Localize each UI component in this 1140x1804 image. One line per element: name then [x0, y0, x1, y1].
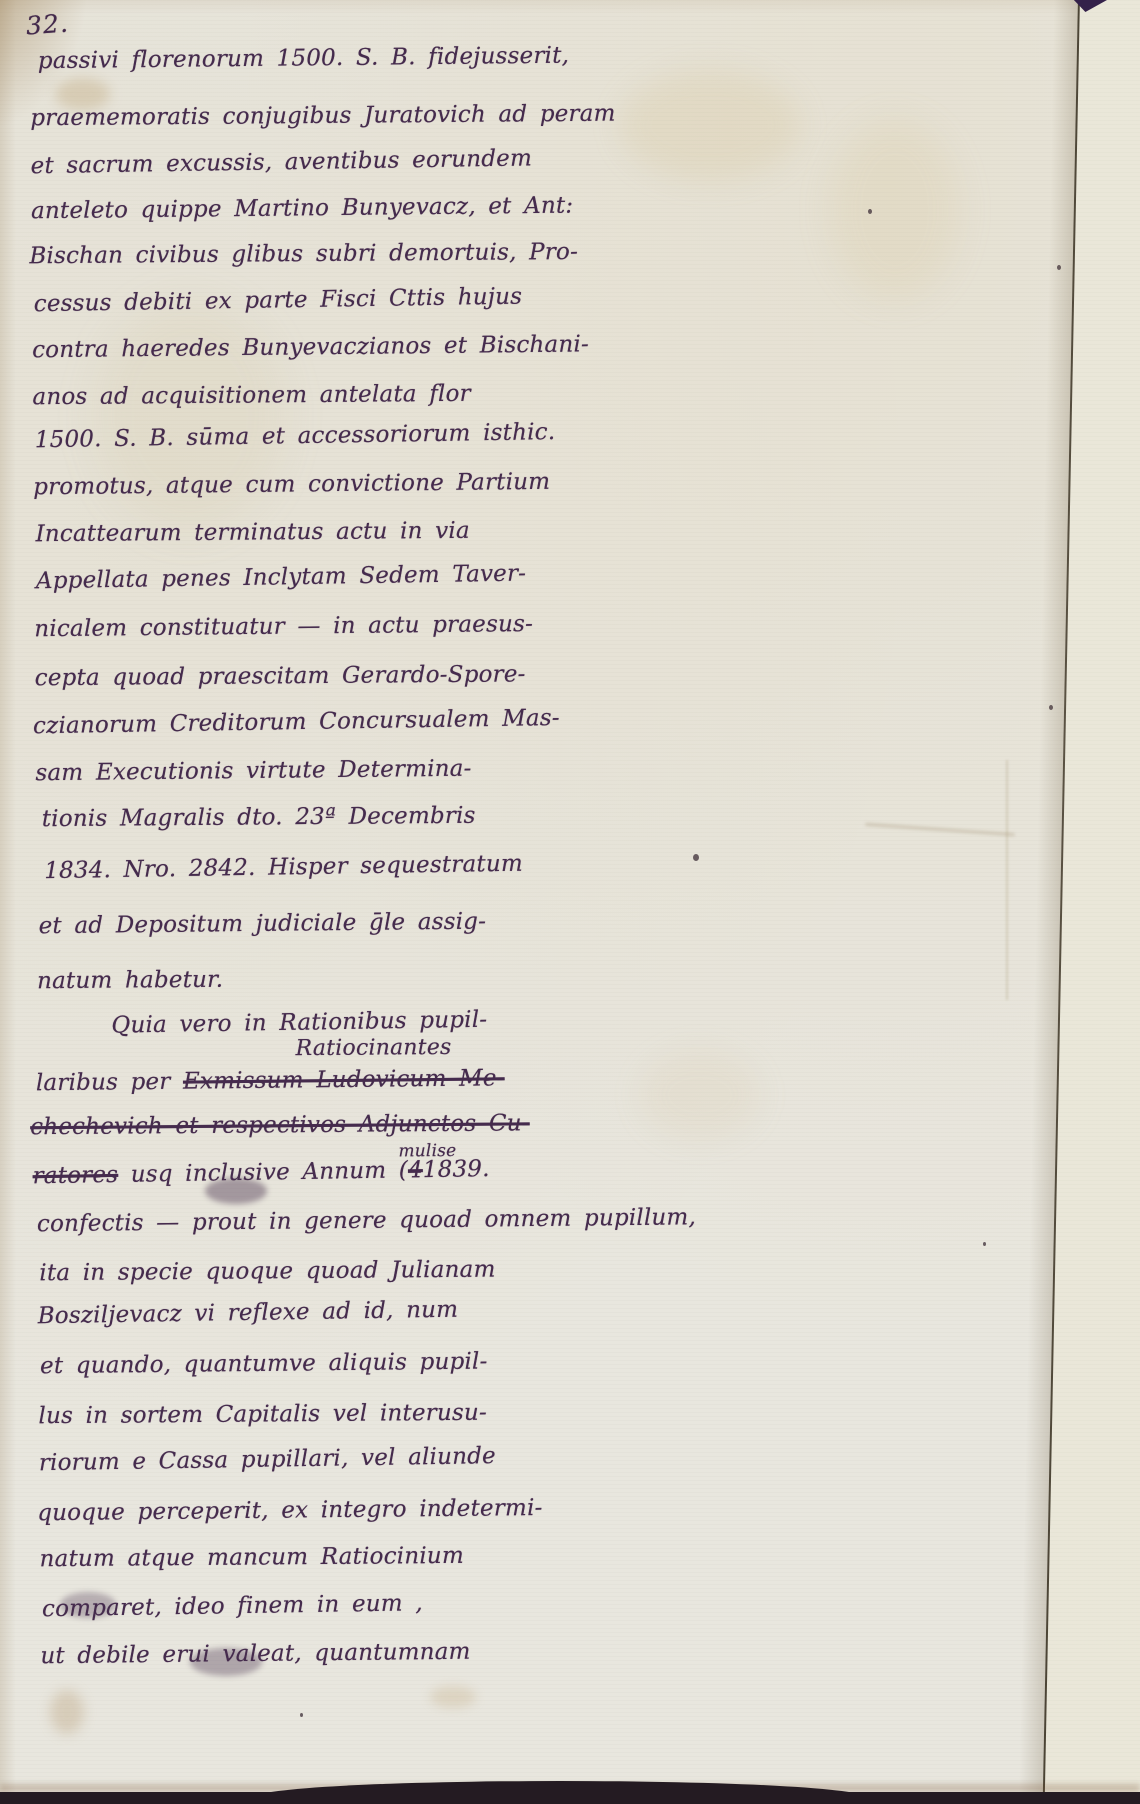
handwritten-line: cessus debiti ex parte Fisci Cttis hujus — [34, 284, 523, 318]
line-segment: riorum e Cassa pupillari, vel aliunde — [39, 1443, 496, 1476]
line-segment: Bischan civibus glibus subri demortuis, … — [29, 239, 578, 269]
handwritten-line: Incattearum terminatus actu in via — [35, 518, 469, 548]
line-segment: anteleto quippe Martino Bunyevacz, et An… — [31, 193, 574, 225]
handwritten-line: laribus per Exmissum Ludovicum Me- — [36, 1065, 505, 1096]
handwritten-line: czianorum Creditorum Concursualem Mas- — [33, 705, 560, 740]
handwritten-line: sam Executionis virtute Determina- — [35, 756, 471, 787]
line-segment: chechevich et respectivos Adjunctos Cu- — [30, 1110, 530, 1140]
line-segment: et quando, quantumve aliquis pupil- — [40, 1349, 488, 1380]
line-segment: et sacrum excussis, aventibus eorundem — [30, 145, 532, 179]
line-segment: confectis — prout in genere quoad omnem … — [37, 1204, 696, 1237]
handwritten-line: passivi florenorum 1500. S. B. fidejusse… — [38, 43, 570, 75]
line-segment: natum atque mancum Ratiocinium — [40, 1543, 465, 1572]
handwritten-line: Bosziljevacz vi reflexe ad id, num — [38, 1297, 459, 1330]
line-segment: Quia vero in Rationibus pupil- — [111, 1007, 487, 1039]
line-segment: nicalem constituatur — in actu praesus- — [34, 611, 533, 642]
line-segment: 1834. Nro. 2842. Hisper sequestratum — [44, 851, 523, 885]
line-segment: Bosziljevacz vi reflexe ad id, num — [38, 1297, 459, 1330]
line-segment: czianorum Creditorum Concursualem Mas- — [33, 705, 560, 739]
handwritten-line: praememoratis conjugibus Juratovich ad p… — [30, 101, 616, 132]
handwritten-line: natum habetur. — [37, 967, 223, 995]
line-segment: praememoratis conjugibus Juratovich ad p… — [30, 101, 616, 132]
handwritten-line: quoque perceperit, ex integro indetermi- — [37, 1495, 543, 1527]
handwritten-line: ita in specie quoque quoad Julianam — [39, 1257, 495, 1287]
handwritten-line: comparet, ideo finem in eum , — [42, 1590, 423, 1622]
line-segment: 1500. S. B. sūma et accessoriorum isthic… — [35, 419, 556, 453]
handwritten-line: Bischan civibus glibus subri demortuis, … — [29, 239, 578, 270]
line-segment: ita in specie quoque quoad Julianam — [39, 1257, 495, 1287]
handwritten-line: riorum e Cassa pupillari, vel aliunde — [39, 1443, 496, 1477]
line-segment: lus in sortem Capitalis vel interusu- — [38, 1400, 487, 1430]
line-segment: cessus debiti ex parte Fisci Cttis hujus — [34, 284, 523, 318]
interlinear-insertion: mulise — [398, 1143, 456, 1160]
handwritten-line: et quando, quantumve aliquis pupil- — [40, 1349, 488, 1380]
handwritten-line: contra haeredes Bunyevaczianos et Bischa… — [32, 331, 589, 363]
line-segment: promotus, atque cum convictione Partium — [33, 469, 550, 500]
line-segment: et ad Depositum judiciale ḡle assig- — [39, 909, 487, 940]
handwritten-line: cepta quoad praescitam Gerardo-Spore- — [35, 661, 526, 691]
handwritten-line: lus in sortem Capitalis vel interusu- — [38, 1400, 487, 1430]
handwritten-line: Appellata penes Inclytam Sedem Taver- — [36, 561, 527, 595]
interlinear-insertion: Ratiocinantes — [296, 1037, 452, 1060]
handwritten-line: 1500. S. B. sūma et accessoriorum isthic… — [35, 419, 556, 454]
line-segment: Exmissum Ludovicum Me- — [183, 1065, 505, 1094]
line-segment: ut debile erui valeat, quantumnam — [40, 1639, 471, 1670]
line-segment: passivi florenorum 1500. S. B. fidejusse… — [38, 43, 570, 75]
line-segment: usq inclusive Annum ( — [118, 1157, 408, 1188]
bottom-edge-dark — [0, 1792, 1140, 1804]
handwritten-line: chechevich et respectivos Adjunctos Cu- — [30, 1110, 530, 1140]
line-segment: laribus per — [36, 1069, 183, 1097]
handwritten-line: tionis Magralis dto. 23ª Decembris — [42, 803, 476, 833]
handwritten-line: anteleto quippe Martino Bunyevacz, et An… — [31, 193, 574, 225]
line-segment: natum habetur. — [37, 967, 223, 994]
handwritten-line: nicalem constituatur — in actu praesus- — [34, 611, 533, 643]
handwritten-line: natum atque mancum Ratiocinium — [40, 1543, 465, 1573]
line-segment: ratores — [32, 1162, 118, 1189]
line-segment: sam Executionis virtute Determina- — [35, 756, 471, 787]
handwritten-line: et sacrum excussis, aventibus eorundem — [30, 145, 532, 179]
handwritten-line: 1834. Nro. 2842. Hisper sequestratum — [44, 851, 523, 885]
line-segment: comparet, ideo finem in eum , — [42, 1590, 423, 1622]
line-segment: cepta quoad praescitam Gerardo-Spore- — [35, 661, 526, 691]
handwritten-line: anos ad acquisitionem antelata flor — [32, 381, 470, 411]
line-segment: contra haeredes Bunyevaczianos et Bischa… — [32, 331, 589, 363]
handwritten-line: promotus, atque cum convictione Partium — [33, 469, 550, 501]
handwritten-line: et ad Depositum judiciale ḡle assig- — [39, 909, 487, 940]
handwritten-line: ut debile erui valeat, quantumnam — [40, 1639, 471, 1670]
line-segment: Appellata penes Inclytam Sedem Taver- — [36, 561, 527, 595]
line-segment: quoque perceperit, ex integro indetermi- — [37, 1495, 543, 1526]
line-segment: Incattearum terminatus actu in via — [35, 518, 469, 547]
line-segment: tionis Magralis dto. 23ª Decembris — [42, 803, 476, 832]
handwritten-line: confectis — prout in genere quoad omnem … — [37, 1204, 696, 1237]
manuscript-scan: 32. passivi florenorum 1500. S. B. fidej… — [0, 0, 1140, 1804]
manuscript-text: passivi florenorum 1500. S. B. fidejusse… — [0, 0, 1140, 1804]
line-segment: anos ad acquisitionem antelata flor — [32, 381, 470, 410]
